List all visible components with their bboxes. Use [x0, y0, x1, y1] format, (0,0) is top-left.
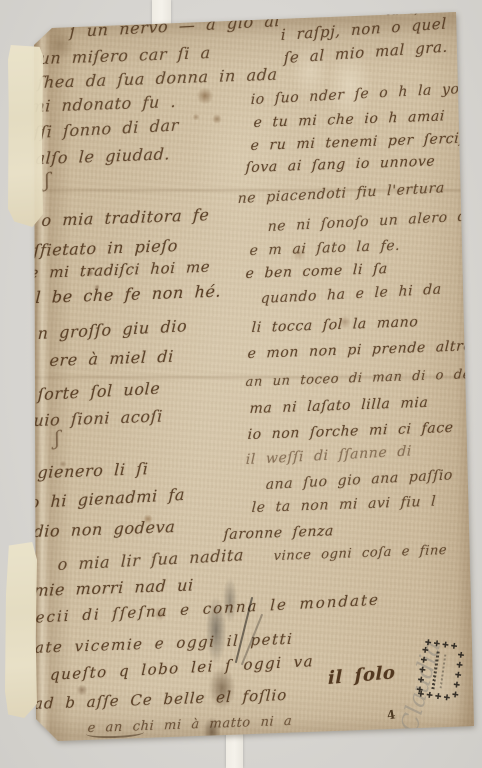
manuscript-line: ʃ: [44, 169, 51, 192]
manuscript-line: ſfietato in pieſo: [33, 236, 179, 260]
manuscript-line: ſaronne ſenza: [223, 523, 334, 543]
manuscript-line: e mi tradiſci hoi me: [29, 258, 211, 282]
manuscript-line: e tu mi che io h amai: [253, 108, 445, 131]
collection-stamp-icon: ✚✚✚✚ ✚✚✚✚✚ ✚✚✚✚✚ ✚✚✚✚: [415, 640, 464, 701]
manuscript-line: ſſi ſonno di dar: [33, 115, 179, 142]
manuscript-line: mi ndonato fu .: [29, 92, 177, 116]
manuscript-line: dio non godeva: [33, 517, 176, 541]
manuscript-line: n groſſo giu dio: [37, 316, 187, 343]
tape-mid-left: [5, 542, 37, 718]
manuscript-line: le ta non mi avi fiu l: [251, 494, 436, 516]
manuscript-line: ere à miel di: [49, 347, 174, 370]
manuscript-line: ſ un nervo — a gio al: [69, 11, 280, 41]
manuscript-line: o hi gienadmi fa: [29, 485, 185, 512]
manuscript-line: mie morri nad ui: [33, 575, 194, 600]
manuscript-line: ſad b aſſe Ce belle el foſlio: [27, 686, 288, 713]
stamp-inner-text: [440, 654, 447, 688]
manuscript-line: ſova ai ſang io unnove: [245, 153, 436, 176]
manuscript-line: ſhea da ſua donna in ada: [37, 65, 278, 92]
manuscript-line: gienero li ſi: [37, 459, 149, 482]
manuscript-line: e mon non pi prende altro: [247, 338, 473, 362]
manuscript-page: ta i, o ellſ un nervo — a gio ali raſpj,…: [0, 0, 482, 768]
manuscript-line: o mia lir ſua nadita: [57, 545, 244, 574]
manuscript-line: ſorte ſol uole: [37, 379, 160, 404]
manuscript-line: n queſto q lobo lei ſ oggi va: [27, 652, 314, 685]
manuscript-line: o mia traditora fe: [41, 205, 210, 230]
manuscript-line: quando ha e le hi da: [260, 282, 442, 308]
manuscript-line: il weſſi di ſſanne di: [245, 443, 412, 468]
manuscript-line: an un toceo di man di o de, il b: [245, 366, 482, 390]
manuscript-line: ana ſuo gio ana paſſio: [265, 467, 453, 493]
manuscript-line: e m ai ſato la fe.: [249, 238, 401, 259]
tape-top-left: [8, 45, 43, 227]
manuscript-line: un miſero car ſi a: [39, 43, 211, 68]
manuscript-line: e ben come li ſa: [245, 261, 388, 282]
manuscript-line: il ſolo: [328, 662, 395, 689]
manuscript-line: io non ſorche mi ci face: [247, 420, 454, 443]
stamp-inner-text: [431, 651, 439, 689]
manuscript-line: ma ni laſato lilla mia: [249, 395, 429, 417]
page-wrap: ta i, o ellſ un nervo — a gio ali raſpj,…: [0, 0, 482, 768]
manuscript-line: alſo le giudad.: [35, 144, 171, 168]
manuscript-line: l be che fe non hé.: [35, 282, 222, 308]
manuscript-line: ne ni ſonoſo un alero da: [267, 208, 476, 235]
manuscript-line: e ru mi tenemi per ſerciſo: [250, 130, 474, 154]
manuscript-line: io ſuo nder ſe o h la yor: [250, 81, 467, 108]
manuscript-line: ʃ: [54, 427, 61, 450]
manuscript-line: ne piacendoti fiu l'ertura: [237, 180, 445, 207]
manuscript-line: uio ſioni acoſi: [33, 406, 163, 430]
text-layer: ta i, o ellſ un nervo — a gio ali raſpj,…: [0, 0, 482, 768]
manuscript-photo: ta i, o ellſ un nervo — a gio ali raſpj,…: [0, 0, 482, 768]
manuscript-line: vince ogni coſa e fine: [273, 543, 447, 564]
manuscript-line: li tocca ſol la mano: [251, 314, 419, 336]
